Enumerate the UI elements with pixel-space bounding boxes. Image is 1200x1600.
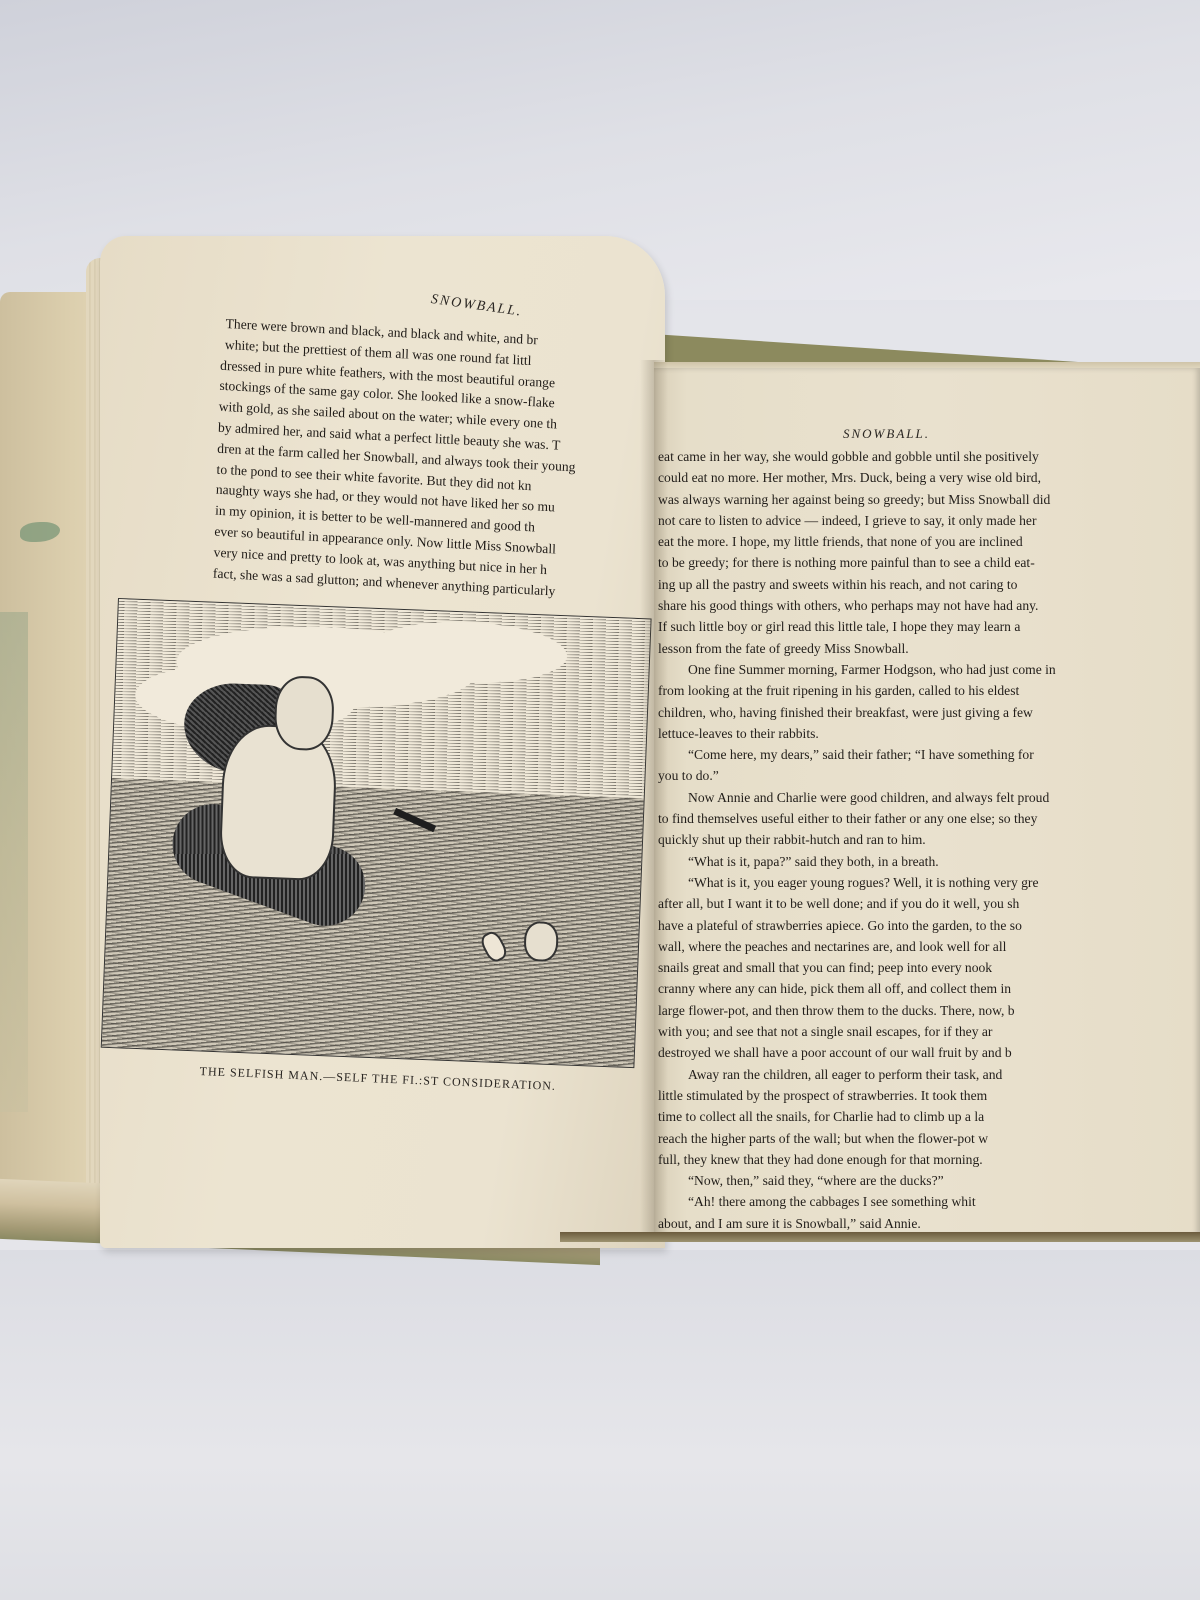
text-line: Now Annie and Charlie were good children… [658,787,1188,808]
text-line: cranny where any can hide, pick them all… [658,978,1188,999]
text-line: wall, where the peaches and nectarines a… [658,936,1188,957]
text-line: “What is it, papa?” said they both, in a… [658,851,1188,872]
text-line: about, and I am sure it is Snowball,” sa… [658,1213,1188,1234]
text-line: lesson from the fate of greedy Miss Snow… [658,638,1188,659]
table-surface [0,1250,1200,1600]
text-line: eat the more. I hope, my little friends,… [658,531,1188,552]
text-line: have a plateful of strawberries apiece. … [658,915,1188,936]
text-line: to find themselves useful either to thei… [658,808,1188,829]
text-line: with you; and see that not a single snai… [658,1021,1188,1042]
text-line: share his good things with others, who p… [658,595,1188,616]
text-line: you to do.” [658,765,1188,786]
text-line: “Ah! there among the cabbages I see some… [658,1191,1188,1212]
text-line: from looking at the fruit ripening in hi… [658,680,1188,701]
left-page-text: There were brown and black, and black an… [217,314,656,607]
text-line: was always warning her against being so … [658,489,1188,510]
book-spine-bottom [560,1232,1200,1242]
text-line: eat came in her way, she would gobble an… [658,446,1188,467]
text-line: Away ran the children, all eager to perf… [658,1064,1188,1085]
text-line: to be greedy; for there is nothing more … [658,552,1188,573]
text-line: time to collect all the snails, for Char… [658,1106,1188,1127]
engraving-illustration [101,598,652,1068]
text-line: little stimulated by the prospect of str… [658,1085,1188,1106]
drowning-man-head [523,921,559,962]
text-line: large flower-pot, and then throw them to… [658,1000,1188,1021]
text-line: ing up all the pastry and sweets within … [658,574,1188,595]
text-line: full, they knew that they had done enoug… [658,1149,1188,1170]
text-line: reach the higher parts of the wall; but … [658,1128,1188,1149]
text-line: could eat no more. Her mother, Mrs. Duck… [658,467,1188,488]
text-line: quickly shut up their rabbit-hutch and r… [658,829,1188,850]
endpaper-foliage-icon [20,522,60,542]
right-page-text: eat came in her way, she would gobble an… [658,446,1188,1234]
endpaper-landscape [0,612,28,1112]
text-line: “What is it, you eager young rogues? Wel… [658,872,1188,893]
text-line: snails great and small that you can find… [658,957,1188,978]
text-line: after all, but I want it to be well done… [658,893,1188,914]
text-line: lettuce-leaves to their rabbits. [658,723,1188,744]
right-running-head: SNOWBALL. [843,426,930,442]
kneeling-man [218,723,338,881]
text-line: “Come here, my dears,” said their father… [658,744,1188,765]
text-line: destroyed we shall have a poor account o… [658,1042,1188,1063]
text-line: not care to listen to advice — indeed, I… [658,510,1188,531]
man-head [273,675,335,751]
text-line: One fine Summer morning, Farmer Hodgson,… [658,659,1188,680]
text-line: “Now, then,” said they, “where are the d… [658,1170,1188,1191]
text-line: children, who, having finished their bre… [658,702,1188,723]
text-line: If such little boy or girl read this lit… [658,616,1188,637]
